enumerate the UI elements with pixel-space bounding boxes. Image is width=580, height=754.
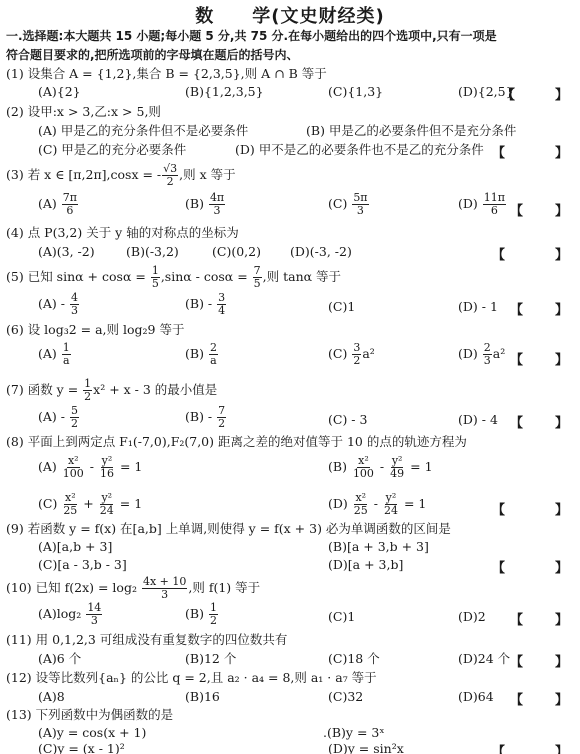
q7-answer-bracket[interactable]: 【】 [510,412,568,431]
q7-option-d: (D) - 4 [458,412,498,428]
q2-answer-bracket[interactable]: 【】 [492,142,568,161]
q2-option-c: (C) 甲是乙的充分必要条件 [38,142,186,158]
q5-option-a: (A) - 43 [38,292,80,317]
q4-option-b: (B)(-3,2) [126,244,179,260]
q4-option-c: (C)(0,2) [212,244,261,260]
question-3-stem: (3) 若 x ∈ [π,2π],cosx = -√32,则 x 等于 [6,163,236,188]
q12-option-d: (D)64 [458,689,494,705]
q5-answer-bracket[interactable]: 【】 [510,299,568,318]
question-6-stem: (6) 设 log₃2 = a,则 log₂9 等于 [6,322,184,338]
q12-option-a: (A)8 [38,689,65,705]
q5-option-d: (D) - 1 [458,299,498,315]
q6-answer-bracket[interactable]: 【】 [510,349,568,368]
q4-answer-bracket[interactable]: 【】 [492,244,568,263]
section-instructions-line1: 一.选择题:本大题共 15 小题;每小题 5 分,共 75 分.在每小题给出的四… [6,28,497,44]
q1-option-c: (C){1,3} [328,84,383,100]
q9-answer-bracket[interactable]: 【】 [492,557,568,576]
q13-option-a: (A)y = cos(x + 1) [38,725,146,741]
q9-option-b: (B)[a + 3,b + 3] [328,539,429,555]
q13-answer-bracket[interactable]: 【】 [492,741,568,754]
q13-option-c: (C)y = (x - 1)² [38,741,125,754]
q10-answer-bracket[interactable]: 【】 [510,609,568,628]
q6-option-a: (A) 1a [38,342,72,367]
page-title: 数学(文史财经类) [0,2,580,28]
q2-option-d: (D) 甲不是乙的必要条件也不是乙的充分条件 [235,142,484,158]
q5-option-b: (B) - 34 [185,292,227,317]
q4-option-a: (A)(3, -2) [38,244,95,260]
question-9-stem: (9) 若函数 y = f(x) 在[a,b] 上单调,则使得 y = f(x … [6,521,451,537]
q2-option-b: (B) 甲是乙的必要条件但不是充分条件 [306,123,516,139]
q10-option-d: (D)2 [458,609,486,625]
q12-option-b: (B)16 [185,689,220,705]
q13-option-d: (D)y = sin²x [328,741,404,754]
q3-answer-bracket[interactable]: 【】 [510,200,568,219]
q12-option-c: (C)32 [328,689,363,705]
q11-option-c: (C)18 个 [328,651,380,667]
q6-option-b: (B) 2a [185,342,219,367]
section-instructions-line2: 符合题目要求的,把所选项前的字母填在题后的括号内、 [6,47,299,63]
q6-option-c: (C) 32a² [328,342,375,367]
question-11-stem: (11) 用 0,1,2,3 可组成没有重复数字的四位数共有 [6,632,287,648]
question-13-stem: (13) 下列函数中为偶函数的是 [6,707,173,723]
q8-option-a: (A) x²100 - y²16 = 1 [38,455,142,480]
q10-option-c: (C)1 [328,609,355,625]
q11-option-a: (A)6 个 [38,651,81,667]
q6-option-d: (D) 23a² [458,342,505,367]
q2-option-a: (A) 甲是乙的充分条件但不是必要条件 [38,123,248,139]
q8-option-c: (C) x²25 + y²24 = 1 [38,492,142,517]
q8-option-d: (D) x²25 - y²24 = 1 [328,492,426,517]
q3-option-c: (C) 5π3 [328,192,370,217]
q3-option-b: (B) 4π3 [185,192,226,217]
question-5-stem: (5) 已知 sinα + cosα = 15,sinα - cosα = 75… [6,265,341,290]
q4-option-d: (D)(-3, -2) [290,244,352,260]
q10-option-b: (B) 12 [185,602,219,627]
question-4-stem: (4) 点 P(3,2) 关于 y 轴的对称点的坐标为 [6,225,239,241]
q9-option-c: (C)[a - 3,b - 3] [38,557,127,573]
q8-option-b: (B) x²100 - y²49 = 1 [328,455,433,480]
q1-option-b: (B){1,2,3,5} [185,84,264,100]
title-part1: 数 [195,6,214,27]
q11-answer-bracket[interactable]: 【】 [510,651,568,670]
q7-option-c: (C) - 3 [328,412,367,428]
q5-option-c: (C)1 [328,299,355,315]
q13-option-b: .(B)y = 3ˣ [323,725,385,741]
question-1-stem: (1) 设集合 A = {1,2},集合 B = {2,3,5},则 A ∩ B… [6,66,327,82]
q12-answer-bracket[interactable]: 【】 [510,689,568,708]
question-2-stem: (2) 设甲:x > 3,乙:x > 5,则 [6,104,161,120]
q1-answer-bracket[interactable]: 【】 [502,84,568,103]
q8-answer-bracket[interactable]: 【】 [492,499,568,518]
q11-option-b: (B)12 个 [185,651,236,667]
question-7-stem: (7) 函数 y = 12x² + x - 3 的最小值是 [6,378,217,403]
q1-option-a: (A){2} [38,84,81,100]
q11-option-d: (D)24 个 [458,651,510,667]
q7-option-b: (B) - 72 [185,405,227,430]
question-12-stem: (12) 设等比数列{aₙ} 的公比 q = 2,且 a₂ · a₄ = 8,则… [6,670,377,686]
q3-option-a: (A) 7π6 [38,192,79,217]
q10-option-a: (A)log₂ 143 [38,602,103,627]
q7-option-a: (A) - 52 [38,405,80,430]
question-8-stem: (8) 平面上到两定点 F₁(-7,0),F₂(7,0) 距离之差的绝对值等于 … [6,434,467,450]
q3-option-d: (D) 11π6 [458,192,507,217]
q9-option-a: (A)[a,b + 3] [38,539,112,555]
title-part2: 学(文史财经类) [252,6,384,27]
question-10-stem: (10) 已知 f(2x) = log₂ 4x + 103,则 f(1) 等于 [6,576,260,601]
q9-option-d: (D)[a + 3,b] [328,557,403,573]
